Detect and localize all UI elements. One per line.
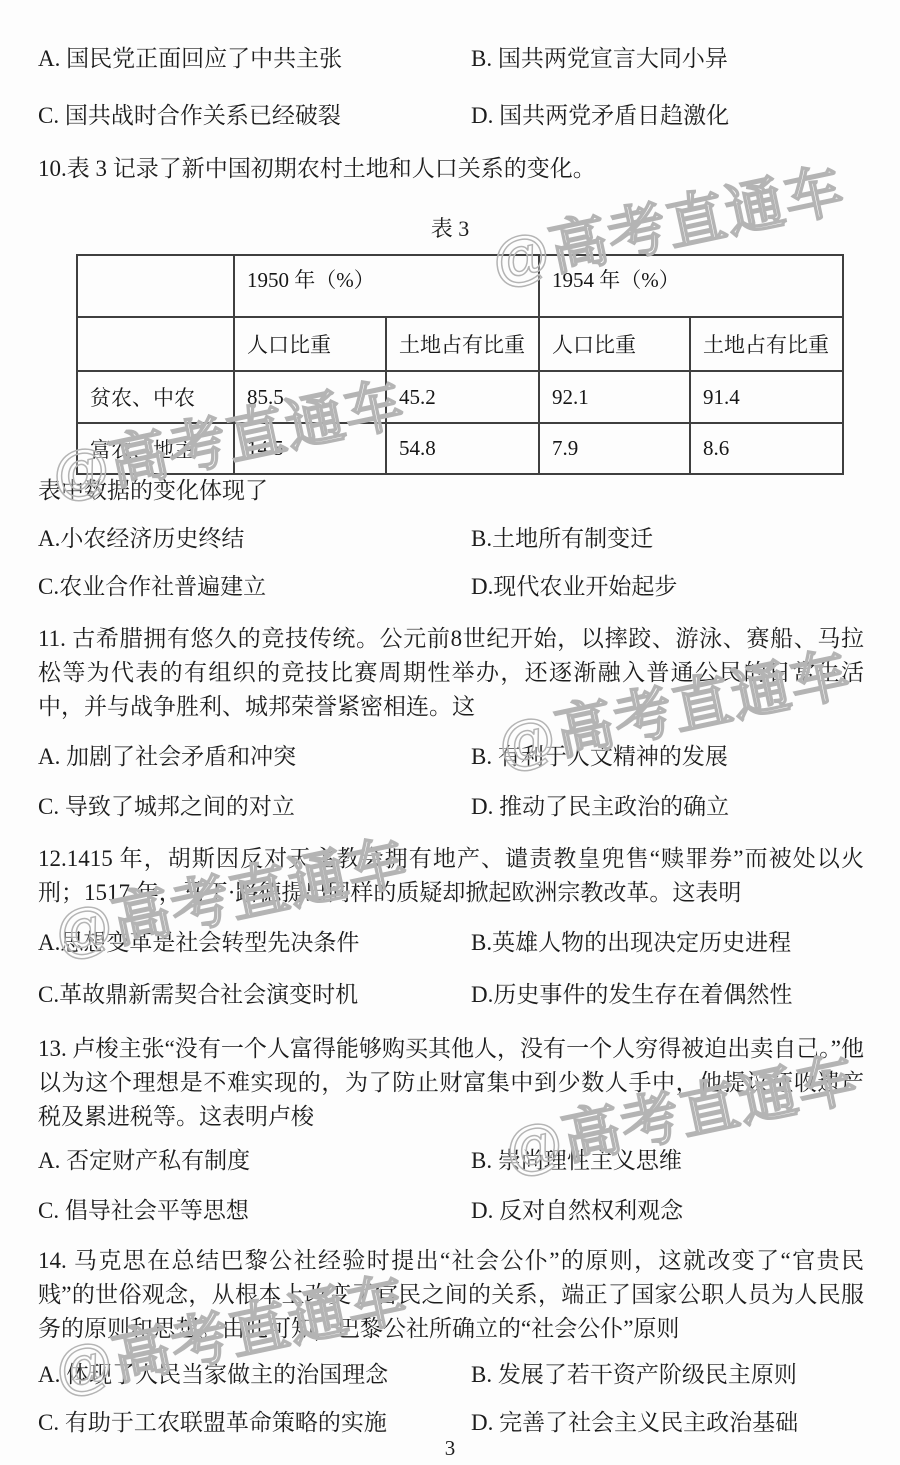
table-cell: 92.1: [539, 371, 690, 423]
table-colgroup-1954: 1954 年（%）: [539, 255, 843, 317]
row-label: 富农、地主: [77, 423, 234, 474]
q10-options-row-cd: C.农业合作社普遍建立 D.现代农业开始起步: [38, 574, 880, 600]
q14-option-d: D. 完善了社会主义民主政治基础: [471, 1410, 880, 1436]
page-number: 3: [0, 1436, 900, 1461]
table-cell: 45.2: [386, 371, 539, 423]
q9-option-d: D. 国共两党矛盾日趋激化: [471, 103, 880, 129]
q14-option-a: A. 体现了人民当家做主的治国理念: [38, 1362, 471, 1388]
table-cell: 7.9: [539, 423, 690, 474]
table-cell: 85.5: [234, 371, 386, 423]
table-colgroup-1950: 1950 年（%）: [234, 255, 539, 317]
table-cell: 14.5: [234, 423, 386, 474]
land-population-table: 1950 年（%） 1954 年（%） 人口比重 土地占有比重 人口比重 土地占…: [76, 254, 844, 475]
q10-options-row-ab: A.小农经济历史终结 B.土地所有制变迁: [38, 526, 880, 552]
q14-options-row-ab: A. 体现了人民当家做主的治国理念 B. 发展了若干资产阶级民主原则: [38, 1362, 880, 1388]
q10-option-a: A.小农经济历史终结: [38, 526, 471, 552]
q11-option-b: B. 有利于人文精神的发展: [471, 744, 880, 770]
q9-options-row-ab: A. 国民党正面回应了中共主张 B. 国共两党宣言大同小异: [38, 46, 880, 72]
table-subheader-row: 人口比重 土地占有比重 人口比重 土地占有比重: [77, 317, 843, 371]
q13-stem: 13. 卢梭主张“没有一个人富得能够购买其他人，没有一个人穷得被迫出卖自己。”他…: [38, 1032, 864, 1134]
q12-option-c: C.革故鼎新需契合社会演变时机: [38, 982, 471, 1008]
q12-option-b: B.英雄人物的出现决定历史进程: [471, 930, 880, 956]
q11-option-a: A. 加剧了社会矛盾和冲突: [38, 744, 471, 770]
q14-option-b: B. 发展了若干资产阶级民主原则: [471, 1362, 880, 1388]
q10-prompt: 表中数据的变化体现了: [38, 474, 864, 508]
table-cell: 91.4: [690, 371, 843, 423]
q9-option-c: C. 国共战时合作关系已经破裂: [38, 103, 471, 129]
q9-options-row-cd: C. 国共战时合作关系已经破裂 D. 国共两党矛盾日趋激化: [38, 103, 880, 129]
table-corner-cell: [77, 255, 234, 317]
q13-option-c: C. 倡导社会平等思想: [38, 1198, 471, 1224]
q11-options-row-cd: C. 导致了城邦之间的对立 D. 推动了民主政治的确立: [38, 794, 880, 820]
table-caption: 表 3: [0, 212, 900, 243]
q12-option-d: D.历史事件的发生存在着偶然性: [471, 982, 880, 1008]
row-label: 贫农、中农: [77, 371, 234, 423]
table-row: 贫农、中农 85.5 45.2 92.1 91.4: [77, 371, 843, 423]
table-row: 富农、地主 14.5 54.8 7.9 8.6: [77, 423, 843, 474]
q14-options-row-cd: C. 有助于工农联盟革命策略的实施 D. 完善了社会主义民主政治基础: [38, 1410, 880, 1436]
q10-option-c: C.农业合作社普遍建立: [38, 574, 471, 600]
q11-option-c: C. 导致了城邦之间的对立: [38, 794, 471, 820]
table-corner-cell: [77, 317, 234, 371]
table-cell: 8.6: [690, 423, 843, 474]
q13-option-b: B. 崇尚理性主义思维: [471, 1148, 880, 1174]
q11-options-row-ab: A. 加剧了社会矛盾和冲突 B. 有利于人文精神的发展: [38, 744, 880, 770]
q10-option-d: D.现代农业开始起步: [471, 574, 880, 600]
table-subheader: 土地占有比重: [386, 317, 539, 371]
exam-page: @高考直通车 @高考直通车 @高考直通车 @高考直通车 @高考直通车 @高考直通…: [0, 0, 900, 1465]
table-cell: 54.8: [386, 423, 539, 474]
q9-option-b: B. 国共两党宣言大同小异: [471, 46, 880, 72]
table-subheader: 土地占有比重: [690, 317, 843, 371]
q11-option-d: D. 推动了民主政治的确立: [471, 794, 880, 820]
q9-option-a: A. 国民党正面回应了中共主张: [38, 46, 471, 72]
q12-option-a: A.思想变革是社会转型先决条件: [38, 930, 471, 956]
q14-option-c: C. 有助于工农联盟革命策略的实施: [38, 1410, 471, 1436]
q12-stem: 12.1415 年，胡斯因反对天主教会拥有地产、谴责教皇兜售“赎罪券”而被处以火…: [38, 842, 864, 910]
q10-stem: 10.表 3 记录了新中国初期农村土地和人口关系的变化。: [38, 152, 864, 186]
table-subheader: 人口比重: [234, 317, 386, 371]
q14-stem: 14. 马克思在总结巴黎公社经验时提出“社会公仆”的原则，这就改变了“官贵民贱”…: [38, 1244, 864, 1346]
q13-options-row-cd: C. 倡导社会平等思想 D. 反对自然权利观念: [38, 1198, 880, 1224]
q13-option-a: A. 否定财产私有制度: [38, 1148, 471, 1174]
q12-options-row-ab: A.思想变革是社会转型先决条件 B.英雄人物的出现决定历史进程: [38, 930, 880, 956]
q13-option-d: D. 反对自然权利观念: [471, 1198, 880, 1224]
table-subheader: 人口比重: [539, 317, 690, 371]
q12-options-row-cd: C.革故鼎新需契合社会演变时机 D.历史事件的发生存在着偶然性: [38, 982, 880, 1008]
table-header-row-years: 1950 年（%） 1954 年（%）: [77, 255, 843, 317]
q10-option-b: B.土地所有制变迁: [471, 526, 880, 552]
q11-stem: 11. 古希腊拥有悠久的竞技传统。公元前8世纪开始，以摔跤、游泳、赛船、马拉松等…: [38, 622, 864, 724]
q13-options-row-ab: A. 否定财产私有制度 B. 崇尚理性主义思维: [38, 1148, 880, 1174]
